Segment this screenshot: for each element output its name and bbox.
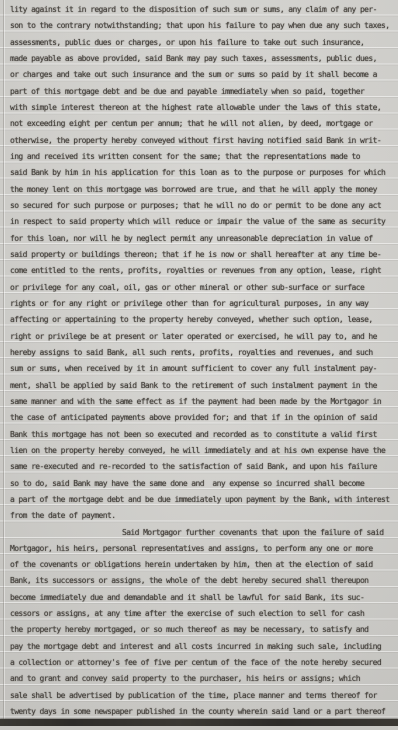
document-line: same re-executed and re-recorded to the … <box>10 459 394 475</box>
document-line: ing and received its written consent for… <box>10 149 394 165</box>
document-line: sale shall be advertised by publication … <box>10 688 394 704</box>
document-line: or charges and take out such insurance a… <box>10 67 394 83</box>
document-line: with simple interest thereon at the high… <box>10 100 394 116</box>
document-line: lien on the property hereby conveyed, he… <box>10 443 394 459</box>
document-line: Bank, its successors or assigns, the who… <box>10 573 394 589</box>
document-line: same manner and with the same effect as … <box>10 394 394 410</box>
document-line: Mortgagor, his heirs, personal represent… <box>10 541 394 557</box>
document-line: cessors or assigns, at any time after th… <box>10 606 394 622</box>
document-line: lity against it in regard to the disposi… <box>10 2 394 18</box>
left-margin-rule <box>3 0 5 730</box>
document-line: become immediately due and demandable an… <box>10 590 394 606</box>
scan-edge-shadow <box>0 719 398 726</box>
document-line: said Bank by him in his application for … <box>10 165 394 181</box>
document-line: made payable as above provided, said Ban… <box>10 51 394 67</box>
document-line: a part of the mortgage debt and be due i… <box>10 492 394 508</box>
document-line: so secured for such purpose or purposes;… <box>10 198 394 214</box>
document-text: lity against it in regard to the disposi… <box>10 2 394 720</box>
document-line: assessments, public dues or charges, or … <box>10 35 394 51</box>
document-line: son to the contrary notwithstanding; tha… <box>10 18 394 34</box>
document-line: sum or sums, when received by it in amou… <box>10 361 394 377</box>
document-page: lity against it in regard to the disposi… <box>0 0 398 730</box>
document-line: pay the mortgage debt and interest and a… <box>10 639 394 655</box>
document-line: ment, shall be applied by said Bank to t… <box>10 378 394 394</box>
document-line: Said Mortgagor further covenants that up… <box>10 525 394 541</box>
document-line: the money lent on this mortgage was borr… <box>10 182 394 198</box>
document-line: hereby assigns to said Bank, all such re… <box>10 345 394 361</box>
document-line: right or privilege be at present or late… <box>10 329 394 345</box>
document-line: part of this mortgage debt and be due an… <box>10 84 394 100</box>
document-line: not exceeding eight per centum per annum… <box>10 116 394 132</box>
document-line: of the covenants or obligations herein u… <box>10 557 394 573</box>
document-line: so to do, said Bank may have the same do… <box>10 476 394 492</box>
scan-edge-paper-strip <box>0 726 398 730</box>
document-line: the case of anticipated payments above p… <box>10 410 394 426</box>
document-line: the property hereby mortgaged, or so muc… <box>10 622 394 638</box>
document-line: otherwise, the property hereby conveyed … <box>10 133 394 149</box>
document-line: come entitled to the rents, profits, roy… <box>10 263 394 279</box>
document-line: rights or for any right or privilege oth… <box>10 296 394 312</box>
document-line: for this loan, nor will he by neglect pe… <box>10 231 394 247</box>
document-line: or privilege for any coal, oil, gas or o… <box>10 280 394 296</box>
document-line: twenty days in some newspaper published … <box>10 704 394 720</box>
document-line: in respect to said property which will r… <box>10 214 394 230</box>
document-line: affecting or appertaining to the propert… <box>10 312 394 328</box>
document-line: Bank this mortgage has not been so execu… <box>10 427 394 443</box>
document-line: a collection or attorney's fee of five p… <box>10 655 394 671</box>
document-line: said property or buildings thereon; that… <box>10 247 394 263</box>
document-line: from the date of payment. <box>10 508 394 524</box>
document-line: and to grant and convey said property to… <box>10 671 394 687</box>
